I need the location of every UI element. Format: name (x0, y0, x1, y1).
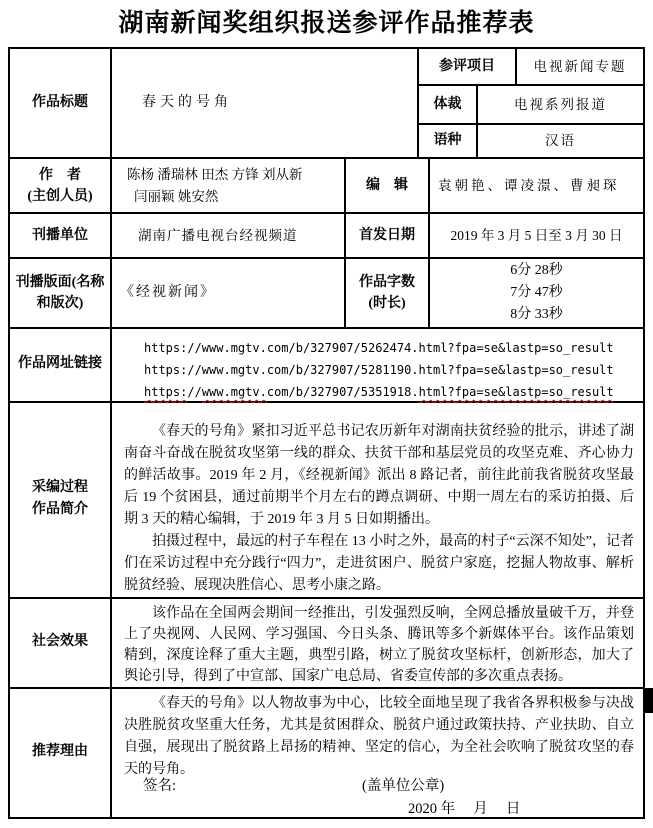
url-line-1[interactable]: https://www.mgtv.com/b/327907/5262474.ht… (144, 337, 653, 359)
first-air-value: 2019 年 3 月 5 日至 3 月 30 日 (430, 214, 643, 257)
url-segment: lastp= (505, 385, 548, 399)
recommend-label: 推荐理由 (10, 689, 110, 815)
author-names-line1: 陈杨 潘瑞林 田杰 方锋 刘从新 (127, 164, 359, 186)
intro-label-line1: 采编过程 (32, 477, 88, 499)
screen-artifact (644, 688, 653, 713)
work-title-value: 春天的号角 (112, 49, 447, 157)
publish-unit-label: 刊播单位 (10, 214, 110, 257)
duration-value-2: 7分 47秒 (510, 282, 563, 304)
intro-label-line2: 作品简介 (32, 499, 88, 521)
grid-line (8, 817, 645, 819)
duration-value-3: 8分 33秒 (510, 304, 563, 326)
entry-category-label: 参评项目 (419, 49, 515, 84)
author-label-line1: 作 者 (39, 165, 81, 186)
url-segment: so_result (549, 385, 614, 399)
duration-label-line2: (时长) (368, 293, 405, 314)
recommendation-form-page: 湖南新闻奖组织报送参评作品推荐表 作品标题 春天的号角 参评项目 电视新闻专题 … (0, 0, 653, 828)
layout-label-line2: 和版次) (37, 293, 84, 314)
url-segment: fpa= (455, 385, 484, 399)
editor-label: 编 辑 (346, 159, 428, 212)
intro-paragraph-2: 拍摄过程中，最远的村子车程在 13 小时之外，最高的村子“云深不知处”，记者们在… (124, 531, 634, 597)
duration-value-1: 6分 28秒 (510, 260, 563, 282)
url-segment: html? (419, 385, 455, 399)
url-segment: se& (484, 385, 506, 399)
signature-date: 2020 年 月 日 (408, 798, 520, 820)
editor-value: 袁朝艳、谭凌澋、曹昶琛 (430, 159, 651, 212)
url-segment: com/b/327907/5351918. (267, 385, 419, 399)
duration-label-line1: 作品字数 (359, 272, 415, 293)
genre-value: 电视系列报道 (478, 86, 643, 123)
url-segment: mgtv. (231, 385, 267, 399)
social-effect-label: 社会效果 (10, 599, 110, 685)
language-label: 语种 (419, 125, 476, 157)
author-names-line2: 闫丽颖 姚安然 (127, 186, 359, 208)
first-air-label: 首发日期 (346, 214, 428, 257)
social-effect-text: 该作品在全国两会期间一经推出，引发强烈反响，全网总播放量破千万，并登上了央视网、… (124, 603, 634, 685)
author-label-line2: (主创人员) (27, 186, 92, 207)
layout-value: 《经视新闻》 (112, 259, 352, 327)
layout-label-line1: 刊播版面(名称 (16, 272, 105, 293)
official-seal-label: (盖单位公章) (362, 775, 444, 797)
work-url-label: 作品网址链接 (10, 329, 110, 399)
intro-paragraph-1: 《春天的号角》紧扣习近平总书记农历新年对湖南扶贫经验的批示，讲述了湖南奋斗奋战在… (124, 421, 634, 531)
publish-unit-value: 湖南广播电视台经视频道 (112, 214, 370, 257)
url-segment: https: (144, 385, 187, 399)
genre-label: 体裁 (419, 86, 476, 123)
url-segment: www. (202, 385, 231, 399)
page-title: 湖南新闻奖组织报送参评作品推荐表 (0, 3, 653, 39)
entry-category-value: 电视新闻专题 (517, 49, 643, 84)
url-line-3[interactable]: https://www.mgtv.com/b/327907/5351918.ht… (144, 381, 653, 403)
url-segment: // (187, 385, 201, 399)
language-value: 汉语 (478, 125, 643, 157)
url-line-2[interactable]: https://www.mgtv.com/b/327907/5281190.ht… (144, 359, 653, 381)
signature-label: 签名: (143, 775, 176, 797)
work-title-label: 作品标题 (10, 49, 110, 157)
